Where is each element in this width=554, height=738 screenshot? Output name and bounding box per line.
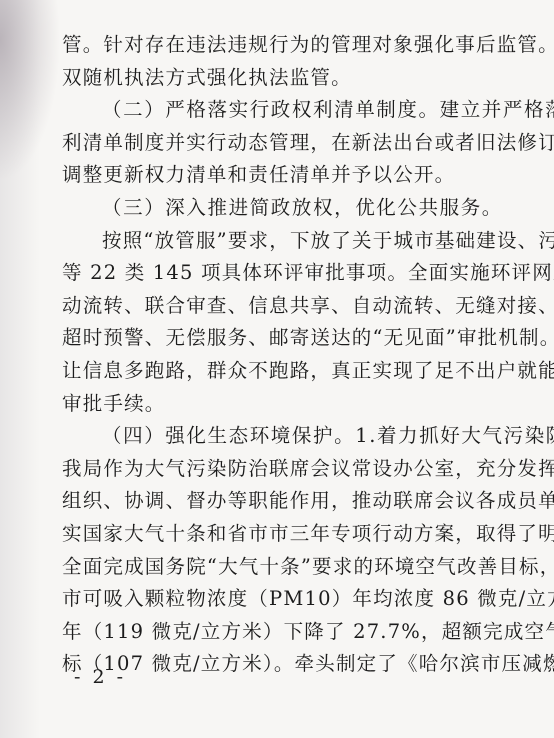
text-line: 审批手续。 <box>62 388 520 421</box>
text-line: 标（107 微克/立方米）。牵头制定了《哈尔滨市压减燃煤推进清 <box>62 648 520 681</box>
text-line: 管。针对存在违法违规行为的管理对象强化事后监管。普遍使用 <box>62 29 520 62</box>
section-heading-4: （四）强化生态环境保护。1.着力抓好大气污染防治工作。 <box>62 420 520 453</box>
section-heading-2: （二）严格落实行政权利清单制度。建立并严格落实行政权 <box>62 94 520 127</box>
text-line: 让信息多跑路，群众不跑路，真正实现了足不出户就能办理环评 <box>62 355 520 388</box>
text-line: 年（119 微克/立方米）下降了 27.7%，超额完成空气质量改善目 <box>62 616 520 649</box>
text-line: 双随机执法方式强化执法监管。 <box>62 62 520 95</box>
page-number: - 2 - <box>74 664 126 690</box>
text-line: 动流转、联合审查、信息共享、自动流转、无缝对接、全程公开、 <box>62 290 520 323</box>
document-body: 管。针对存在违法违规行为的管理对象强化事后监管。普遍使用 双随机执法方式强化执法… <box>62 29 520 681</box>
text-line: 全面完成国务院“大气十条”要求的环境空气改善目标，即：城 <box>62 551 520 584</box>
text-line: 等 22 类 145 项具体环评审批事项。全面实施环评网上申报、自 <box>62 257 520 290</box>
text-line: 我局作为大气污染防治联席会议常设办公室，充分发挥了综合、 <box>62 453 520 486</box>
text-line: 市可吸入颗粒物浓度（PM10）年均浓度 86 微克/立方米，较 2013 <box>62 583 520 616</box>
text-line: 调整更新权力清单和责任清单并予以公开。 <box>62 159 520 192</box>
section-heading-3: （三）深入推进简政放权，优化公共服务。 <box>62 192 520 225</box>
text-line: 利清单制度并实行动态管理，在新法出台或者旧法修订后，及时 <box>62 127 520 160</box>
text-line: 按照“放管服”要求，下放了关于城市基础建设、污染治理 <box>62 225 520 258</box>
text-line: 超时预警、无偿服务、邮寄送达的“无见面”审批机制。做到了 <box>62 322 520 355</box>
text-line: 组织、协调、督办等职能作用，推动联席会议各成员单位深入落 <box>62 485 520 518</box>
text-line: 实国家大气十条和省市市三年专项行动方案，取得了明显成效。 <box>62 518 520 551</box>
